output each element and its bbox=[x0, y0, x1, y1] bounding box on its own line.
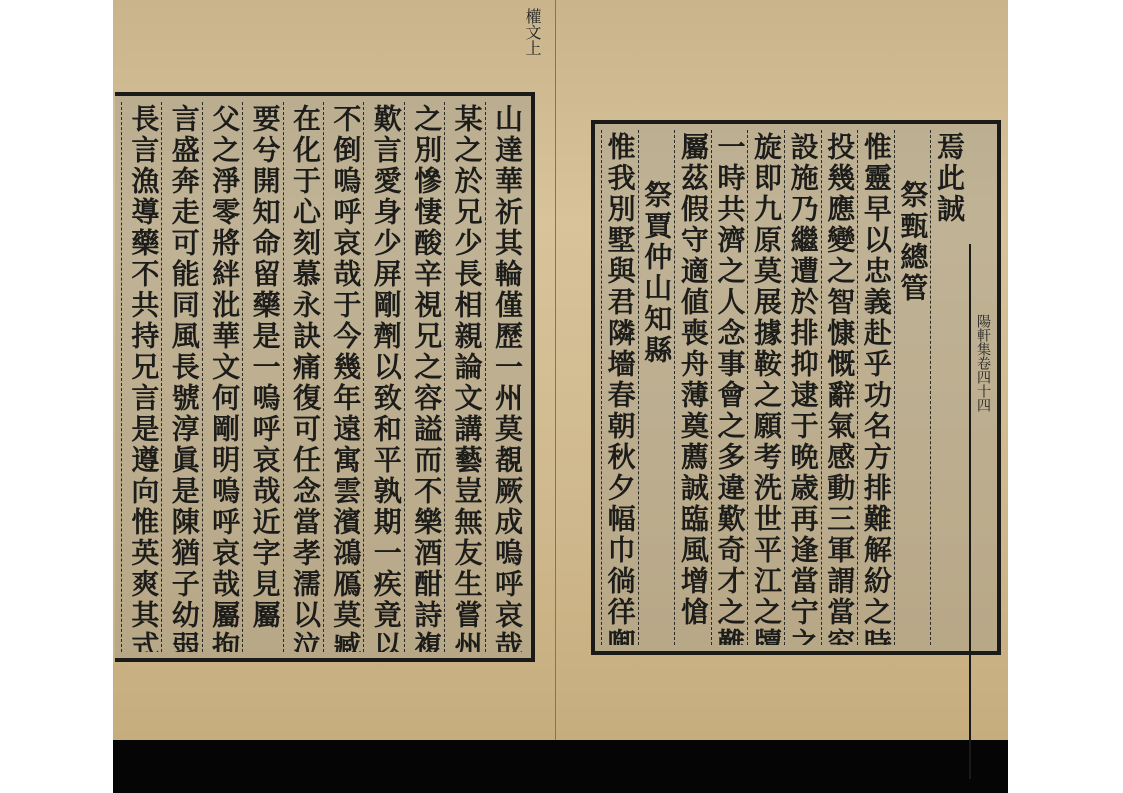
text-column: 屬茲假守適値喪舟薄奠薦誠臨風增愴 bbox=[674, 130, 711, 645]
text-column: 在化于心刻慕永訣痛復可任念當孝濡以泣 bbox=[283, 102, 323, 652]
section-title: 祭賈仲山知縣 bbox=[638, 130, 675, 645]
text-column: 投幾應變之智慷慨辭氣感動三軍謂當究於 bbox=[821, 130, 858, 645]
right-text-frame: 焉此誠 祭甄總管 惟靈早以忠義赴乎功名方排難解紛之時有 投幾應變之智慷慨辭氣感動… bbox=[591, 120, 1001, 655]
right-page: 焉此誠 祭甄總管 惟靈早以忠義赴乎功名方排難解紛之時有 投幾應變之智慷慨辭氣感動… bbox=[556, 0, 1008, 740]
text-column: 焉此誠 bbox=[930, 130, 967, 645]
spine-label: 陽軒集卷四十四 bbox=[969, 244, 993, 779]
margin-annotation: 權文上 bbox=[521, 8, 544, 56]
text-column: 惟靈早以忠義赴乎功名方排難解紛之時有 bbox=[857, 130, 894, 645]
text-column: 某之於兄少長相親論文講藝豈無友生嘗州 bbox=[444, 102, 484, 652]
text-column: 長言漁導藥不共持兄言是遵向惟英爽其式 bbox=[121, 102, 161, 652]
text-column: 之別慘悽酸辛視兄之容謚而不樂酒酣詩複 bbox=[404, 102, 444, 652]
section-title: 祭甄總管 bbox=[894, 130, 931, 645]
text-column: 山達華祈其輪僅歷一州莫覩厥成嗚呼哀哉 bbox=[485, 102, 525, 652]
text-column: 歎言愛身少屏剛劑以致和平孰期一疾竟以 bbox=[363, 102, 403, 652]
left-text-frame: 山達華祈其輪僅歷一州莫覩厥成嗚呼哀哉 某之於兄少長相親論文講藝豈無友生嘗州 之別… bbox=[115, 92, 535, 662]
text-column: 不倒嗚呼哀哉于今幾年遠寓雲濱鴻鴈莫臧 bbox=[323, 102, 363, 652]
text-column: 言盛奔走可能同風長號淳眞是陳猶子幼弱 bbox=[161, 102, 201, 652]
left-columns: 山達華祈其輪僅歷一州莫覩厥成嗚呼哀哉 某之於兄少長相親論文講藝豈無友生嘗州 之別… bbox=[121, 102, 525, 652]
text-column: 一時共濟之人念事會之多違歎奇才之難得 bbox=[711, 130, 748, 645]
text-column: 惟我別墅與君隣墻春朝秋夕幅巾徜徉啣酒 bbox=[601, 130, 638, 645]
text-column: 設施乃繼遭於排抑逮于晩歳再逢當宁之知 bbox=[784, 130, 821, 645]
left-page: 權文上 山達華祈其輪僅歷一州莫覩厥成嗚呼哀哉 某之於兄少長相親論文講藝豈無友生嘗… bbox=[113, 0, 556, 740]
text-column: 要兮開知命留藥是一嗚呼哀哉近字見屬 bbox=[242, 102, 282, 652]
text-column: 旋即九原莫展據鞍之願考洗世平江之牘想 bbox=[747, 130, 784, 645]
text-column: 父之淨零將絆沘華文何剛明嗚呼哀哉屬拘 bbox=[202, 102, 242, 652]
right-columns: 焉此誠 祭甄總管 惟靈早以忠義赴乎功名方排難解紛之時有 投幾應變之智慷慨辭氣感動… bbox=[601, 130, 967, 645]
